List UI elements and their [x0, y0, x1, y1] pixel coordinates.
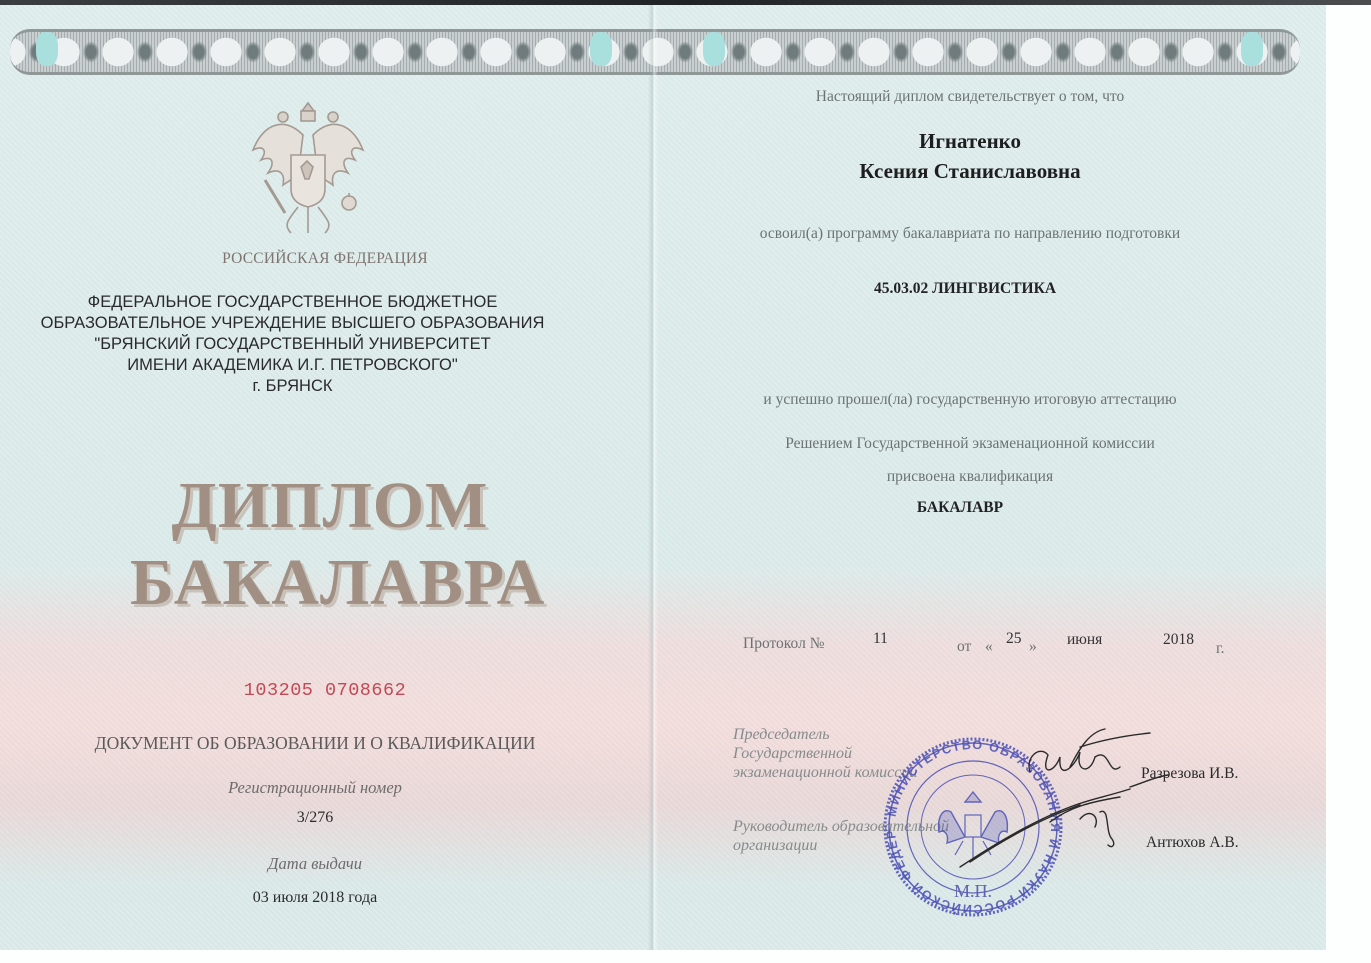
right-page: Настоящий диплом свидетельствует о том, …	[655, 5, 1325, 950]
protocol-day: 25	[1006, 630, 1022, 648]
issue-date: 03 июля 2018 года	[0, 889, 630, 907]
specialty: 45.03.02 ЛИНГВИСТИКА	[630, 280, 1300, 298]
protocol-year-suffix: г.	[1216, 640, 1224, 658]
diploma-title: ДИПЛОМ	[130, 468, 530, 544]
registration-number-label: Регистрационный номер	[0, 778, 630, 798]
attestation-text: и успешно прошел(ла) государственную ито…	[635, 391, 1305, 409]
institution-name: ФЕДЕРАЛЬНОЕ ГОСУДАРСТВЕННОЕ БЮДЖЕТНОЕ ОБ…	[0, 292, 585, 397]
protocol-month: июня	[1067, 631, 1102, 649]
institution-city: г. БРЯНСК	[0, 376, 585, 397]
protocol-year: 2018	[1163, 631, 1194, 649]
diploma-title-degree: БАКАЛАВРА	[130, 545, 530, 621]
country-label: РОССИЙСКАЯ ФЕДЕРАЦИЯ	[0, 250, 650, 268]
qualification: БАКАЛАВР	[625, 499, 1295, 517]
protocol-open-quote: «	[985, 638, 993, 656]
serial-number: 103205 0708662	[0, 680, 650, 701]
commission-decision-text: Решением Государственной экзаменационной…	[635, 435, 1305, 453]
russian-coat-of-arms-icon	[243, 95, 373, 245]
protocol-from-label: от	[957, 638, 971, 656]
handwritten-signatures-icon	[930, 727, 1170, 877]
program-text: освоил(а) программу бакалавриата по напр…	[635, 225, 1305, 243]
intro-text: Настоящий диплом свидетельствует о том, …	[635, 88, 1305, 106]
institution-line: ОБРАЗОВАТЕЛЬНОЕ УЧРЕЖДЕНИЕ ВЫСШЕГО ОБРАЗ…	[0, 313, 585, 334]
document-type: ДОКУМЕНТ ОБ ОБРАЗОВАНИИ И О КВАЛИФИКАЦИИ	[0, 733, 630, 754]
protocol-label: Протокол №	[743, 635, 825, 653]
protocol-close-quote: »	[1029, 638, 1037, 656]
protocol-number: 11	[873, 630, 888, 648]
issue-date-label: Дата выдачи	[0, 854, 630, 874]
graduate-given-names: Ксения Станиславовна	[635, 159, 1305, 184]
stamp-seal-mark: М.П.	[954, 881, 992, 901]
qualification-assigned-text: присвоена квалификация	[635, 468, 1305, 486]
registration-number: 3/276	[0, 809, 630, 827]
graduate-surname: Игнатенко	[635, 129, 1305, 154]
institution-line: "БРЯНСКИЙ ГОСУДАРСТВЕННЫЙ УНИВЕРСИТЕТ	[0, 334, 585, 355]
institution-line: ФЕДЕРАЛЬНОЕ ГОСУДАРСТВЕННОЕ БЮДЖЕТНОЕ	[0, 292, 585, 313]
institution-line: ИМЕНИ АКАДЕМИКА И.Г. ПЕТРОВСКОГО"	[0, 355, 585, 376]
left-page: РОССИЙСКАЯ ФЕДЕРАЦИЯ ФЕДЕРАЛЬНОЕ ГОСУДАР…	[0, 5, 650, 950]
